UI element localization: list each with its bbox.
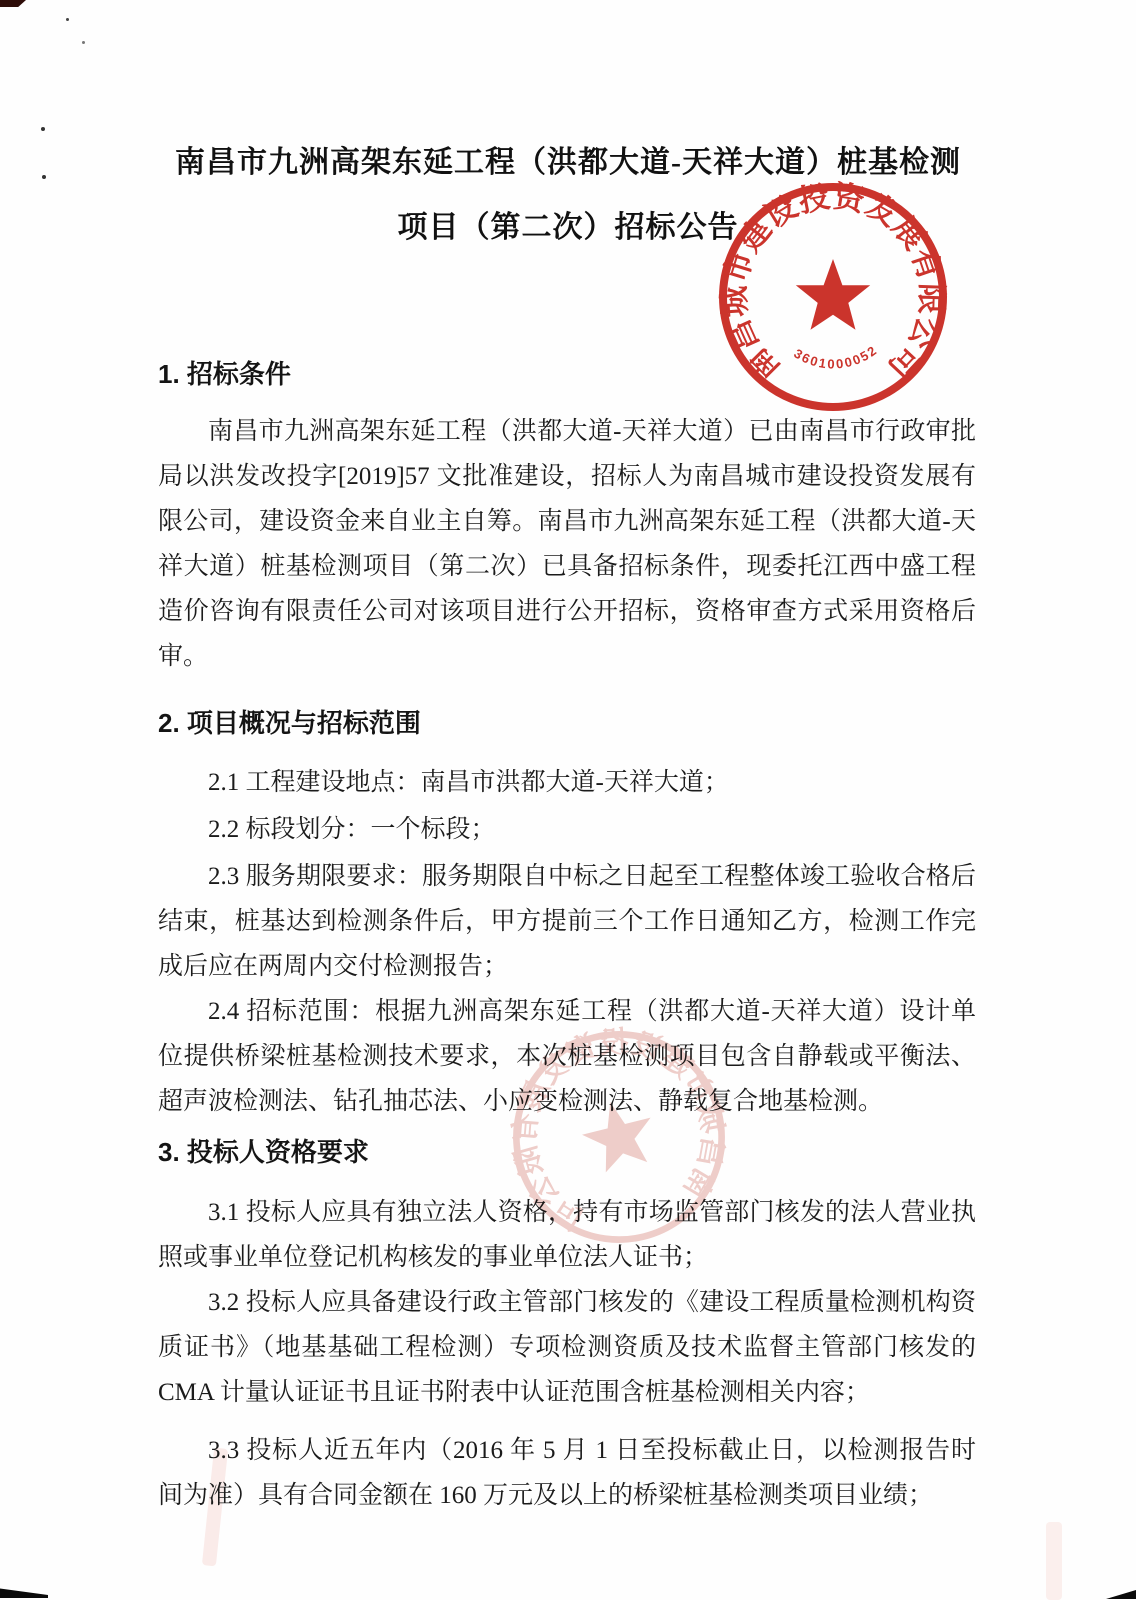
paragraph-tender-scope: 2.4 招标范围：根据九洲高架东延工程（洪都大道-天祥大道）设计单位提供桥梁桩基…	[158, 989, 976, 1124]
section-heading-project-overview: 2. 项目概况与招标范围	[158, 705, 976, 741]
scan-speck	[42, 175, 46, 179]
paragraph-service-period: 2.3 服务期限要求：服务期限自中标之日起至工程整体竣工验收合格后结束，桩基达到…	[158, 854, 976, 989]
scan-ink-smudge	[1046, 1522, 1062, 1600]
section-heading-tender-conditions: 1. 招标条件	[158, 356, 976, 392]
paragraph-tender-conditions: 南昌市九洲高架东延工程（洪都大道-天祥大道）已由南昌市行政审批局以洪发改投字[2…	[158, 409, 976, 679]
paragraph-qualification-certificates: 3.2 投标人应具备建设行政主管部门核发的《建设工程质量检测机构资质证书》（地基…	[158, 1280, 976, 1415]
scan-speck	[41, 127, 45, 131]
document-body: 1. 招标条件 南昌市九洲高架东延工程（洪都大道-天祥大道）已由南昌市行政审批局…	[158, 356, 976, 1518]
section-heading-bidder-qualifications: 3. 投标人资格要求	[158, 1134, 976, 1170]
scan-corner-mark	[0, 1588, 48, 1598]
document-title-line2: 项目（第二次）招标公告	[0, 195, 1136, 260]
document-title: 南昌市九洲高架东延工程（洪都大道-天祥大道）桩基检测 项目（第二次）招标公告	[0, 0, 1136, 260]
document-title-line1: 南昌市九洲高架东延工程（洪都大道-天祥大道）桩基检测	[0, 130, 1136, 195]
paragraph-bid-sections: 2.2 标段划分：一个标段；	[158, 807, 976, 852]
paragraph-project-location: 2.1 工程建设地点：南昌市洪都大道-天祥大道；	[158, 760, 976, 805]
paragraph-qualification-legal-person: 3.1 投标人应具有独立法人资格，持有市场监管部门核发的法人营业执照或事业单位登…	[158, 1190, 976, 1280]
scan-corner-mark	[1106, 1590, 1136, 1599]
scan-speck	[82, 41, 85, 44]
scan-speck	[66, 18, 69, 21]
paragraph-qualification-performance: 3.3 投标人近五年内（2016 年 5 月 1 日至投标截止日，以检测报告时间…	[158, 1428, 976, 1518]
star-icon	[796, 259, 870, 330]
scanned-document-page: 南昌市九洲高架东延工程（洪都大道-天祥大道）桩基检测 项目（第二次）招标公告 1…	[0, 0, 1136, 1600]
